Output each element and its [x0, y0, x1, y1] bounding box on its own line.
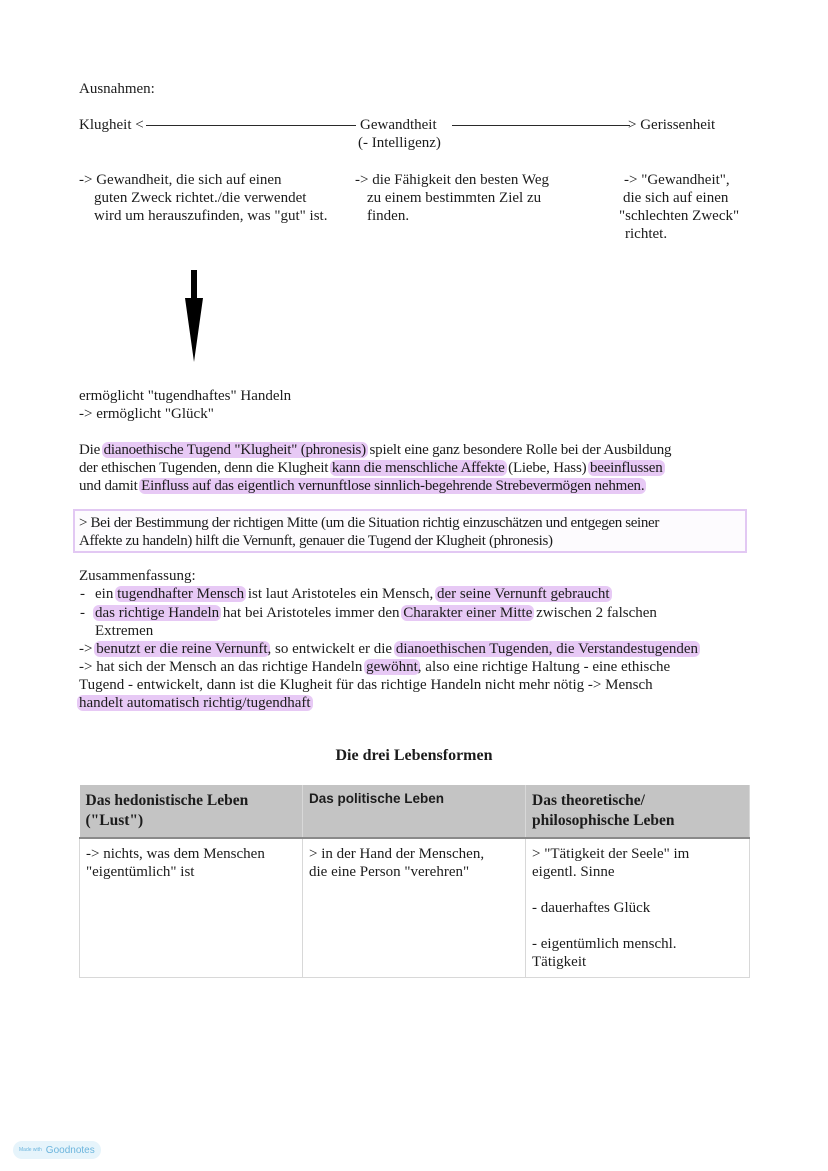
header-hedonistic: Das hedonistische Leben("Lust"): [80, 785, 303, 838]
highlight: tugendhafter Mensch: [115, 586, 246, 602]
text: zwischen 2 falschen: [532, 605, 657, 621]
text: -> hat sich der Mensch an das richtige H…: [79, 659, 366, 675]
diagram-center-sub: (- Intelligenz): [358, 134, 441, 152]
left-desc-3: wird um herauszufinden, was "gut" ist.: [94, 207, 327, 225]
highlight: gewöhnt: [364, 659, 420, 675]
text: hat bei Aristoteles immer den: [219, 605, 403, 621]
badge-small-text: Made with: [19, 1147, 42, 1153]
text: Die: [79, 442, 104, 458]
header-theoretical: Das theoretische/philosophische Leben: [526, 785, 750, 838]
highlight: benutzt er die reine Vernunft: [94, 641, 269, 657]
down-arrow-icon: [182, 270, 206, 362]
left-desc-2: guten Zweck richtet./die verwendet: [94, 189, 306, 207]
cell-political: > in der Hand der Menschen,die eine Pers…: [303, 838, 526, 978]
cell-theoretical: > "Tätigkeit der Seele" im eigentl. Sinn…: [526, 838, 750, 978]
section-heading: Ausnahmen:: [79, 80, 155, 98]
highlight: kann die menschliche Affekte: [330, 460, 507, 476]
right-desc-2: die sich auf einen: [623, 189, 728, 207]
summary-bullet-1: ein tugendhafter Mensch ist laut Aristot…: [95, 585, 610, 603]
highlight: dianoethische Tugend "Klugheit" (phrones…: [102, 442, 368, 458]
table-title: Die drei Lebensformen: [0, 747, 828, 765]
summary-line-5: Tugend - entwickelt, dann ist die Klughe…: [79, 676, 653, 694]
header-political: Das politische Leben: [303, 785, 526, 838]
right-desc-3: "schlechten Zweck": [619, 207, 739, 225]
highlight: der seine Vernunft gebraucht: [435, 586, 612, 602]
summary-title: Zusammenfassung:: [79, 567, 196, 585]
highlight: beeinflussen: [588, 460, 665, 476]
text: (Liebe, Hass): [505, 460, 590, 476]
diagram-center-label: Gewandtheit: [360, 116, 437, 134]
cell-hedonistic: -> nichts, was dem Menschen"eigentümlich…: [80, 838, 303, 978]
text: ein: [95, 586, 117, 602]
text: der ethischen Tugenden, denn die Klughei…: [79, 460, 332, 476]
highlight: dianoethischen Tugenden, die Verstandest…: [394, 641, 700, 657]
table-header-row: Das hedonistische Leben("Lust") Das poli…: [80, 785, 750, 838]
center-desc-1: -> die Fähigkeit den besten Weg: [355, 171, 549, 189]
quote-box: > Bei der Bestimmung der richtigen Mitte…: [73, 509, 747, 553]
text: spielt eine ganz besondere Rolle bei der…: [366, 442, 671, 458]
text: , also eine richtige Haltung - eine ethi…: [418, 659, 670, 675]
highlight: das richtige Handeln: [93, 605, 221, 621]
highlight: Einfluss auf das eigentlich vernunftlose…: [139, 478, 646, 494]
summary-line-3: -> benutzt er die reine Vernunft, so ent…: [79, 640, 698, 658]
diagram-left-label: Klugheit <: [79, 116, 144, 134]
goodnotes-badge[interactable]: Made with Goodnotes: [13, 1141, 101, 1159]
left-desc-1: -> Gewandheit, die sich auf einen: [79, 171, 282, 189]
summary-bullet-2: das richtige Handeln hat bei Aristoteles…: [95, 604, 657, 622]
paragraph-line-1: Die dianoethische Tugend "Klugheit" (phr…: [79, 441, 671, 459]
text: ist laut Aristoteles ein Mensch,: [244, 586, 437, 602]
text: , so entwickelt er die: [268, 641, 396, 657]
diagram-right-label: > Gerissenheit: [628, 116, 715, 134]
text: und damit: [79, 478, 141, 494]
center-desc-2: zu einem bestimmten Ziel zu: [367, 189, 541, 207]
highlight: Charakter einer Mitte: [401, 605, 534, 621]
bullet-icon: -: [80, 604, 85, 622]
badge-brand-text: Goodnotes: [46, 1145, 95, 1156]
quote-line-1: > Bei der Bestimmung der richtigen Mitte…: [79, 514, 659, 532]
result-line-2: -> ermöglicht "Glück": [79, 405, 214, 423]
summary-line-4: -> hat sich der Mensch an das richtige H…: [79, 658, 670, 676]
lebensformen-table: Das hedonistische Leben("Lust") Das poli…: [79, 785, 750, 978]
summary-line-6: handelt automatisch richtig/tugendhaft: [79, 694, 311, 712]
paragraph-line-2: der ethischen Tugenden, denn die Klughei…: [79, 459, 663, 477]
summary-bullet-2-cont: Extremen: [95, 622, 153, 640]
bullet-icon: -: [80, 585, 85, 603]
arrow-line-left: [146, 125, 356, 126]
right-desc-1: -> "Gewandheit",: [624, 171, 730, 189]
right-desc-4: richtet.: [625, 225, 667, 243]
center-desc-3: finden.: [367, 207, 409, 225]
quote-line-2: Affekte zu handeln) hilft die Vernunft, …: [79, 532, 553, 550]
arrow-line-right: [452, 125, 630, 126]
highlight: handelt automatisch richtig/tugendhaft: [77, 695, 313, 711]
table-row: -> nichts, was dem Menschen"eigentümlich…: [80, 838, 750, 978]
result-line-1: ermöglicht "tugendhaftes" Handeln: [79, 387, 291, 405]
paragraph-line-3: und damit Einfluss auf das eigentlich ve…: [79, 477, 644, 495]
